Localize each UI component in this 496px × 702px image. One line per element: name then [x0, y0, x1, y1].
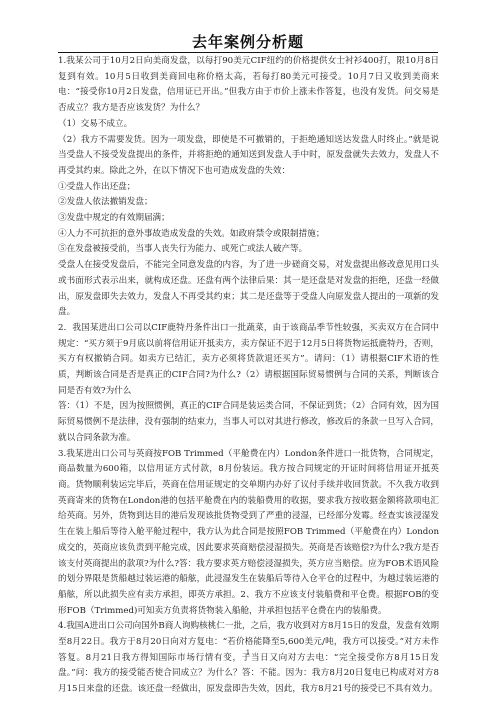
case-2-answer: 答：（1）不是，因为按照惯例，真正的CIF合同是装运类合同，不保证到货；（2）合… — [58, 399, 439, 446]
case-1-answer-1: （1）交易不成立。 — [58, 117, 439, 133]
title-underline — [58, 52, 438, 53]
list-item: ⑤在发盘被接受前，当事人丧失行为能力、或死亡或法人破产等。 — [58, 242, 439, 258]
document-title: 去年案例分析题 — [0, 33, 496, 51]
case-4-question-answer: 4.我国A进出口公司向国外B商人询购核桃仁一批，之后，我方收到对方8月15日的发… — [58, 619, 439, 698]
case-1-answer-2: （2）我方不需要发货。因为一项发盘，即使是不可撤销的，于拒绝通知送达发盘人时终止… — [58, 133, 439, 180]
counter-offer-explanation: 受盘人在接受发盘后，不能完全同意发盘的内容，为了进一步磋商交易，对发盘提出修改意… — [58, 258, 439, 321]
case-3-question-answer: 3.我某进出口公司与英商按FOB Trimmed（平舱费在内）London条件进… — [58, 447, 439, 620]
list-item: ④人力不可抗拒的意外事故造成发盘的失效。如政府禁令或限制措施； — [58, 227, 439, 243]
document-page: 去年案例分析题 1.我某公司于10月2日向美商发盘，以每打90美元CIF纽约的价… — [0, 0, 496, 702]
document-body: 1.我某公司于10月2日向美商发盘，以每打90美元CIF纽约的价格提供女士衬衫4… — [58, 54, 439, 698]
case-2-question: 2．我国某进出口公司以CIF鹿特丹条件出口一批蔬菜，由于该商品季节性较强，买卖双… — [58, 321, 439, 400]
list-item: ②发盘人依法撤销发盘； — [58, 195, 439, 211]
case-1-question: 1.我某公司于10月2日向美商发盘，以每打90美元CIF纽约的价格提供女士衬衫4… — [58, 54, 439, 117]
list-item: ①受盘人作出还盘； — [58, 180, 439, 196]
page-number: 1 — [0, 648, 496, 658]
list-item: ③发盘中规定的有效期届满； — [58, 211, 439, 227]
